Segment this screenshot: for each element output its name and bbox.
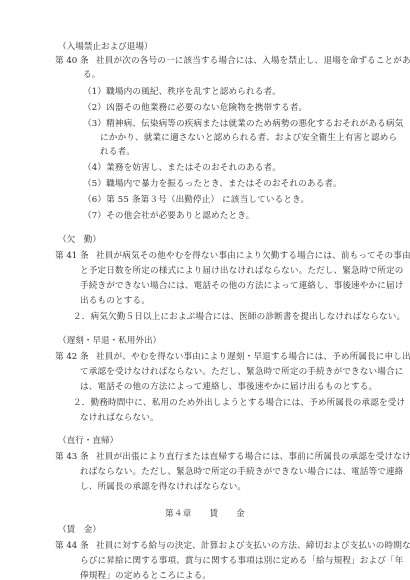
article-40-item-2: （2）凶器その他業務に必要のない危険物を携帯する者。 [83,101,307,115]
article-40-item-1: （1）職場内の風紀、秩序を乱すと認められる者。 [83,85,281,99]
article-40-item-5: （5）職場内で暴力を振るったとき、またはそのおそれのある者。 [83,177,342,191]
article-41-line: 出るものとする。 [80,294,150,308]
article-42-line: は、電話その他の方法によって連絡し、事後速やかに届け出るものとする。 [80,380,377,394]
section-heading-absence: （欠 勤） [58,233,101,247]
section-heading-tardiness: （遅刻・早退・私用外出） [58,334,161,348]
article-number-42: 第 42 条 [55,350,89,364]
article-42-line: て承認を受けなければならない。ただし、緊急時で所定の手続きができない場合に [80,365,404,379]
article-41-line: 手続きができない場合には、電話その他の方法によって連絡し、事後速やかに届け [80,279,404,293]
article-40-item-3-cont: にかかり、就業に適さないと認められる者、および安全衛生上有害と認めら [100,131,397,145]
article-40-item-4: （4）業務を妨害し、またはそのおそれのある者。 [83,161,281,175]
article-40-item-6: （6）第 55 条第３号（出勤停止） に該当しているとき。 [83,193,309,207]
document-page: （入場禁止および退場） 第 40 条 社員が次の各号の一に該当する場合には、入場… [0,0,410,580]
article-42-clause-2-cont: なければならない。 [80,411,159,425]
article-40-item-3-cont: れる者。 [100,145,135,159]
article-40-item-3: （3）精神病、伝染病等の疾病または就業のため病勢の悪化するおそれがある病気 [83,117,403,131]
article-number-44: 第 44 条 [55,539,89,553]
article-43-line: ればならない。ただし、緊急時で所定の手続きができない場合には、電話等で連絡 [80,465,404,479]
article-43-line: 社員が出張により直行または直帰する場合には、事前に所属長の承認を受けなけ [96,450,410,464]
section-heading-wages: （賃 金） [58,523,101,537]
article-41-clause-2: ２．病気欠勤５日以上におよぶ場合には、医師の診断書を提出しなければならない。 [73,310,405,324]
article-40-item-7: （7）その他会社が必要ありと認めたとき。 [83,209,254,223]
section-heading-entry-ban: （入場禁止および退場） [58,40,153,54]
article-42-line: 社員が、やむを得ない事由により遅刻・早退する場合には、予め所属長に申し出 [96,350,410,364]
article-43-line: し、所属長の承認を得なければならない。 [80,480,246,494]
section-heading-direct-travel: （直行・直帰） [58,434,118,448]
chapter-title: 第４章 賃 金 [0,507,410,521]
article-44-line: 社員に対する給与の決定、計算および支払いの方法、締切および支払いの時期な [96,539,410,553]
article-number-41: 第 41 条 [55,249,89,263]
article-number-40: 第 40 条 [55,54,89,68]
article-40-line: 社員が次の各号の一に該当する場合には、入場を禁止し、退場を命ずることがあ [96,54,410,68]
article-42-clause-2: ２．勤務時間中に、私用のため外出しようとする場合には、予め所属長の承認を受け [73,396,405,410]
article-number-43: 第 43 条 [55,450,89,464]
article-44-line: らびに昇給に関する事項、賞与に関する事項は別に定める「給与規程」および「年 [80,554,404,568]
article-44-line: 俸規程」の定めるところによる。 [80,569,211,580]
article-41-line: と予定日数を所定の様式により届け出なければならない。ただし、緊急時で所定の [80,264,404,278]
article-40-line: る。 [83,68,101,82]
article-41-line: 社員が病気その他やむを得ない事由により欠勤する場合には、前もってその事由 [96,249,410,263]
